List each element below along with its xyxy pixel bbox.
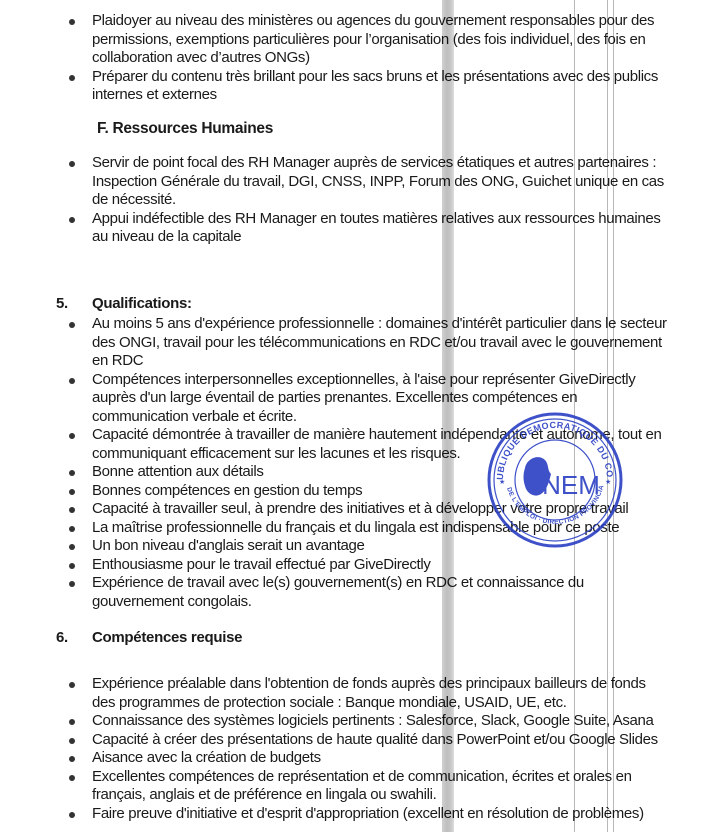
bullet-icon bbox=[69, 378, 75, 384]
bullet-icon bbox=[69, 738, 75, 744]
list-item: Plaidoyer au niveau des ministères ou ag… bbox=[0, 12, 711, 68]
list-item-text: Plaidoyer au niveau des ministères ou ag… bbox=[92, 12, 654, 66]
list-item-text: Faire preuve d'initiative et d'esprit d'… bbox=[92, 805, 644, 822]
list-item-text: Aisance avec la création de budgets bbox=[92, 749, 321, 766]
list-item-text: Capacité à créer des présentations de ha… bbox=[92, 731, 658, 748]
list-item: Servir de point focal des RH Manager aup… bbox=[0, 154, 711, 210]
document-page: Plaidoyer au niveau des ministères ou ag… bbox=[0, 0, 711, 832]
bullet-icon bbox=[69, 470, 75, 476]
list-item: Préparer du contenu très brillant pour l… bbox=[0, 68, 711, 105]
bullet-icon bbox=[69, 563, 75, 569]
bullet-icon bbox=[69, 719, 75, 725]
list-item: Expérience de travail avec le(s) gouvern… bbox=[0, 574, 711, 611]
list-item-text: Au moins 5 ans d'expérience professionne… bbox=[92, 315, 667, 369]
svg-text:★: ★ bbox=[605, 478, 611, 486]
section-5-heading: 5.Qualifications: bbox=[56, 295, 192, 312]
list-item-text: Servir de point focal des RH Manager aup… bbox=[92, 154, 664, 208]
list-item: Appui indéfectible des RH Manager en tou… bbox=[0, 210, 711, 247]
list-item: Connaissance des systèmes logiciels pert… bbox=[0, 712, 711, 731]
bullet-icon bbox=[69, 775, 75, 781]
section-f-bullet-list: Servir de point focal des RH Manager aup… bbox=[0, 154, 711, 247]
list-item-text: Expérience de travail avec le(s) gouvern… bbox=[92, 574, 584, 610]
section-number: 5. bbox=[56, 295, 92, 312]
list-item: Enthousiasme pour le travail effectué pa… bbox=[0, 556, 711, 575]
list-item: Aisance avec la création de budgets bbox=[0, 749, 711, 768]
section-6-bullet-block: Expérience préalable dans l'obtention de… bbox=[0, 675, 711, 823]
bullet-icon bbox=[69, 75, 75, 81]
list-item: Expérience préalable dans l'obtention de… bbox=[0, 675, 711, 712]
scan-artifact-bar bbox=[442, 0, 454, 832]
official-stamp-icon: REPUBLIQUE DEMOCRATIQUE DU CONGO OFFICE … bbox=[485, 410, 625, 550]
list-item: Capacité à créer des présentations de ha… bbox=[0, 731, 711, 750]
bullet-icon bbox=[69, 161, 75, 167]
list-item-text: Bonnes compétences en gestion du temps bbox=[92, 482, 362, 499]
list-item-text: Appui indéfectible des RH Manager en tou… bbox=[92, 210, 661, 246]
bullet-icon bbox=[69, 756, 75, 762]
section-title: Qualifications: bbox=[92, 295, 192, 312]
list-item-text: Enthousiasme pour le travail effectué pa… bbox=[92, 556, 431, 573]
list-item: Faire preuve d'initiative et d'esprit d'… bbox=[0, 805, 711, 824]
section-f-bullet-block: Servir de point focal des RH Manager aup… bbox=[0, 154, 711, 247]
section-6-heading: 6.Compétences requise bbox=[56, 629, 242, 646]
bullet-icon bbox=[69, 581, 75, 587]
list-item: Excellentes compétences de représentatio… bbox=[0, 768, 711, 805]
bullet-icon bbox=[69, 507, 75, 513]
intro-bullet-list: Plaidoyer au niveau des ministères ou ag… bbox=[0, 12, 711, 105]
bullet-icon bbox=[69, 682, 75, 688]
section-number: 6. bbox=[56, 629, 92, 646]
bullet-icon bbox=[69, 19, 75, 25]
stamp-center-text: NEM bbox=[542, 470, 600, 500]
list-item-text: Connaissance des systèmes logiciels pert… bbox=[92, 712, 654, 729]
section-title: Compétences requise bbox=[92, 629, 242, 646]
bullet-icon bbox=[69, 217, 75, 223]
list-item-text: Excellentes compétences de représentatio… bbox=[92, 768, 632, 804]
list-item-text: Un bon niveau d'anglais serait un avanta… bbox=[92, 537, 365, 554]
intro-bullet-block: Plaidoyer au niveau des ministères ou ag… bbox=[0, 12, 711, 105]
bullet-icon bbox=[69, 433, 75, 439]
bullet-icon bbox=[69, 526, 75, 532]
section-f-title: F. Ressources Humaines bbox=[97, 120, 273, 138]
svg-text:★: ★ bbox=[499, 478, 505, 486]
list-item: Au moins 5 ans d'expérience professionne… bbox=[0, 315, 711, 371]
bullet-icon bbox=[69, 812, 75, 818]
list-item-text: Expérience préalable dans l'obtention de… bbox=[92, 675, 646, 711]
bullet-icon bbox=[69, 544, 75, 550]
section-6-bullet-list: Expérience préalable dans l'obtention de… bbox=[0, 675, 711, 823]
list-item-text: Bonne attention aux détails bbox=[92, 463, 264, 480]
bullet-icon bbox=[69, 489, 75, 495]
bullet-icon bbox=[69, 322, 75, 328]
